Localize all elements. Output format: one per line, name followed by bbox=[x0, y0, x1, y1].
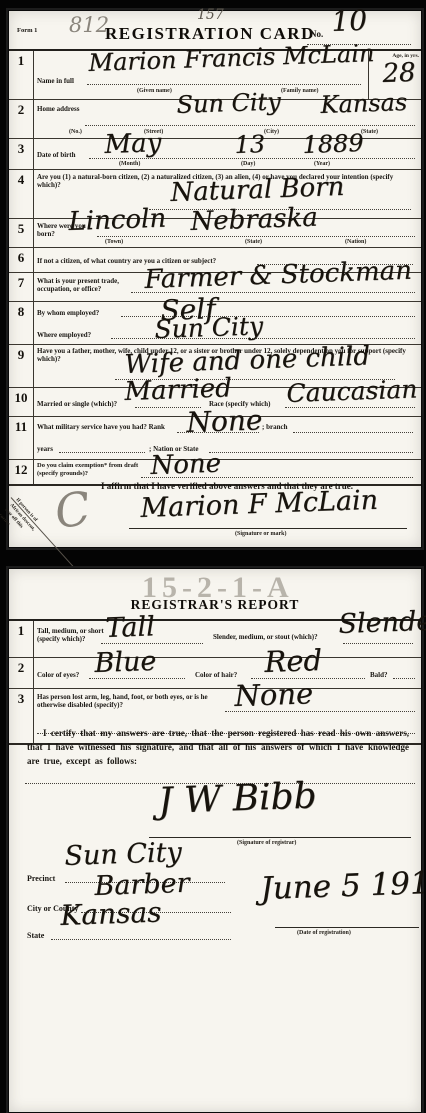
write-line bbox=[59, 452, 145, 453]
field-subscript: (Day) bbox=[241, 161, 255, 167]
handwritten-value: Natural Born bbox=[170, 172, 345, 208]
field-label: years bbox=[37, 445, 53, 453]
form-number-label: Form 1 bbox=[17, 27, 37, 35]
write-line bbox=[393, 678, 415, 679]
field-label: What military service have you had? Rank bbox=[37, 423, 165, 431]
pencil-c-mark: C bbox=[51, 481, 93, 539]
handwritten-value: Slender bbox=[338, 605, 426, 640]
field-label: Bald? bbox=[370, 671, 388, 679]
write-line bbox=[225, 711, 415, 712]
field-subscript: (State) bbox=[361, 129, 378, 135]
row-number: 10 bbox=[11, 390, 31, 406]
registration-card: Form 1 812 157 REGISTRATION CARD No. 10 … bbox=[8, 10, 422, 548]
signature-subscript: (Signature or mark) bbox=[235, 531, 286, 537]
write-line bbox=[101, 643, 203, 644]
card-title: REGISTRATION CARD bbox=[105, 24, 315, 44]
row-number: 1 bbox=[11, 53, 31, 69]
write-line bbox=[85, 125, 415, 126]
field-subscript: (City) bbox=[264, 129, 279, 135]
row-number: 4 bbox=[11, 172, 31, 188]
age-value: 28 bbox=[382, 58, 416, 89]
registration-fields: 1 Name in full Marion Francis McLain (Gi… bbox=[9, 49, 421, 486]
field-label: Married or single (which)? bbox=[37, 400, 117, 408]
handwritten-value: None bbox=[186, 403, 263, 439]
state-label: State bbox=[27, 931, 44, 941]
field-subscript: (Year) bbox=[314, 161, 330, 167]
date-subscript: (Date of registration) bbox=[297, 930, 351, 936]
handwritten-value: Blue bbox=[94, 646, 157, 679]
field-subscript: (Nation) bbox=[345, 239, 366, 245]
row-number: 3 bbox=[11, 141, 31, 157]
registrar-signature-subscript: (Signature of registrar) bbox=[237, 840, 296, 846]
field-label: Name in full bbox=[37, 77, 74, 85]
field-label: By whom employed? bbox=[37, 309, 99, 317]
row-number: 2 bbox=[11, 102, 31, 118]
field-label: Date of birth bbox=[37, 151, 76, 159]
handwritten-value: 1889 bbox=[302, 129, 364, 159]
handwritten-value: Caucasian bbox=[286, 374, 418, 408]
handwritten-value: Nebraska bbox=[190, 203, 318, 237]
scanned-document-page: { "card1": { "form_label": "Form 1", "pe… bbox=[0, 0, 426, 1113]
row-number: 2 bbox=[11, 660, 31, 676]
write-line bbox=[89, 678, 185, 679]
registrar-report-card: 15-2-1-A REGISTRAR'S REPORT 1 Tall, medi… bbox=[8, 568, 422, 1113]
row-number: 8 bbox=[11, 304, 31, 320]
field-label: Home address bbox=[37, 105, 81, 113]
write-line bbox=[285, 407, 415, 408]
certification-text: I certify that my answers are true, that… bbox=[27, 727, 409, 769]
row-number: 3 bbox=[11, 691, 31, 707]
field-subscript: (Family name) bbox=[281, 88, 319, 94]
field-label: Color of eyes? bbox=[37, 671, 79, 679]
corner-cut-note: If person is of African descent, tear of… bbox=[0, 497, 42, 543]
row-number: 9 bbox=[11, 347, 31, 363]
write-line bbox=[293, 432, 413, 433]
row-number: 6 bbox=[11, 250, 31, 266]
handwritten-value: 13 bbox=[234, 130, 266, 159]
handwritten-value: Lincoln bbox=[68, 204, 167, 237]
registrar-signature: J W Bibb bbox=[158, 775, 318, 822]
field-label: Color of hair? bbox=[195, 671, 237, 679]
field-subscript: (Month) bbox=[119, 161, 140, 167]
field-subscript: (Town) bbox=[105, 239, 123, 245]
field-label: Where employed? bbox=[37, 331, 91, 339]
handwritten-value: Sun City bbox=[154, 311, 264, 344]
affirmation-section: I affirm that I have verified above answ… bbox=[9, 471, 421, 547]
write-line bbox=[177, 432, 259, 433]
field-label: Slender, medium, or stout (which)? bbox=[213, 633, 318, 641]
handwritten-value: None bbox=[234, 676, 314, 713]
registrar-signature-line bbox=[149, 837, 411, 838]
state-value: Kansas bbox=[60, 895, 162, 932]
handwritten-value: Sun City bbox=[176, 87, 281, 119]
precinct-value: Sun City bbox=[64, 837, 182, 872]
row-number: 5 bbox=[11, 221, 31, 237]
serial-number-value: 10 bbox=[331, 4, 368, 38]
state-line bbox=[51, 939, 231, 940]
field-row-employer: 8 By whom employed? Self Where employed?… bbox=[9, 302, 421, 345]
write-line bbox=[343, 643, 413, 644]
report-row-eyes-hair: 2 Color of eyes? Blue Color of hair? Red… bbox=[9, 658, 421, 689]
report-row-build: 1 Tall, medium, or short (specify which)… bbox=[9, 621, 421, 658]
handwritten-value: Red bbox=[264, 643, 323, 679]
field-subscript: (Given name) bbox=[137, 88, 172, 94]
write-line bbox=[89, 158, 415, 159]
row-number: 1 bbox=[11, 623, 31, 639]
field-row-birthplace: 5 Where were you born? Lincoln Nebraska … bbox=[9, 219, 421, 248]
field-row-birthdate: 3 Date of birth May 13 1889 (Month) (Day… bbox=[9, 139, 421, 170]
write-line bbox=[97, 236, 415, 237]
serial-number-label: No. bbox=[310, 29, 323, 40]
date-line bbox=[275, 927, 419, 928]
row-number: 11 bbox=[11, 419, 31, 435]
handwritten-value: Tall bbox=[105, 611, 155, 644]
handwritten-value: Marion Francis McLain bbox=[88, 39, 375, 77]
row-number: 7 bbox=[11, 275, 31, 291]
write-line bbox=[87, 84, 361, 85]
precinct-label: Precinct bbox=[27, 874, 55, 884]
field-label: Has person lost arm, leg, hand, foot, or… bbox=[37, 693, 219, 710]
pencil-mark-left: 812 bbox=[69, 13, 109, 37]
pencil-mark-top: 157 bbox=[197, 7, 224, 23]
handwritten-value: Kansas bbox=[320, 88, 408, 119]
registration-date: June 5 1917 bbox=[260, 864, 426, 907]
field-label: ; branch bbox=[262, 423, 287, 431]
field-subscript: (No.) bbox=[69, 129, 82, 135]
signature-line bbox=[129, 528, 407, 529]
write-line bbox=[209, 452, 413, 453]
field-label: What is your present trade, occupation, … bbox=[37, 277, 129, 294]
field-subscript: (State) bbox=[245, 239, 262, 245]
handwritten-value: May bbox=[104, 128, 162, 160]
